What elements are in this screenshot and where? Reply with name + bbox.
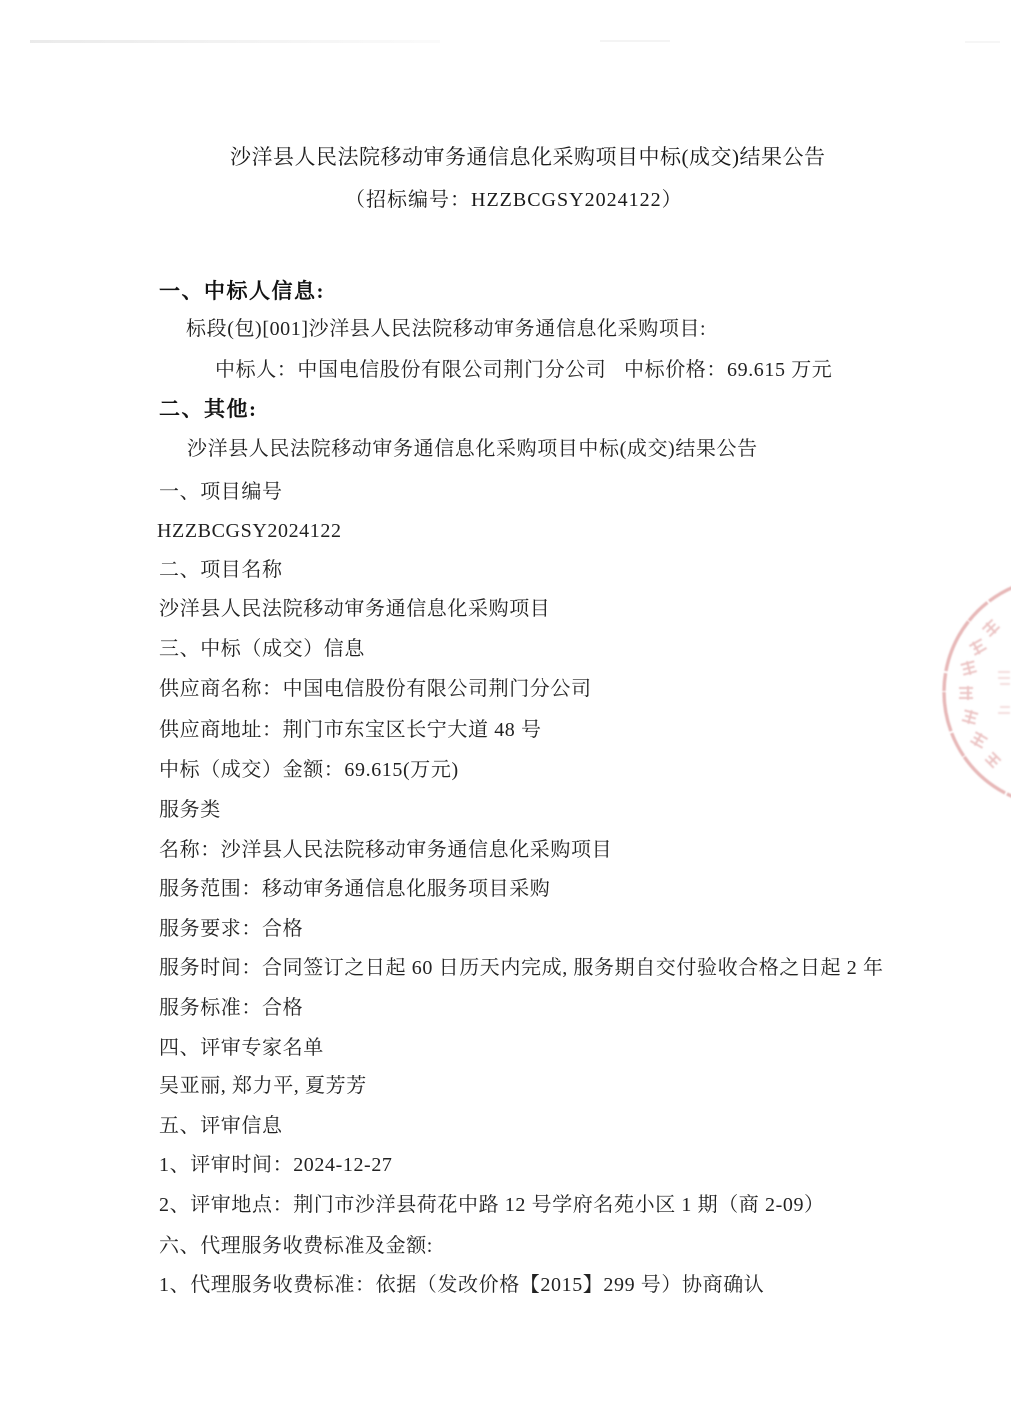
review-time: 1、评审时间：2024-12-27: [159, 1153, 393, 1177]
project-name: 沙洋县人民法院移动审务通信息化采购项目: [159, 597, 550, 621]
project-number: HZZBCGSY2024122: [157, 519, 342, 543]
review-info-heading: 五、评审信息: [159, 1114, 283, 1138]
supplier-address: 供应商地址：荆门市东宝区长宁大道 48 号: [159, 718, 542, 742]
announcement-title: 沙洋县人民法院移动审务通信息化采购项目中标(成交)结果公告: [187, 437, 758, 461]
award-info-heading: 三、中标（成交）信息: [159, 637, 365, 661]
winner-name: 中标人：中国电信股份有限公司荆门分公司: [215, 358, 606, 382]
service-standard: 服务标准：合格: [159, 996, 303, 1020]
project-name-heading: 二、项目名称: [159, 558, 283, 582]
experts-heading: 四、评审专家名单: [159, 1036, 324, 1060]
experts-list: 吴亚丽, 郑力平, 夏芳芳: [159, 1074, 367, 1098]
document-page: 沙洋县人民法院移动审务通信息化采购项目中标(成交)结果公告 （招标编号：HZZB…: [0, 0, 1011, 1428]
award-amount: 中标（成交）金额：69.615(万元): [159, 758, 459, 782]
agency-fee-standard: 1、代理服务收费标准：依据（发改价格【2015】299 号）协商确认: [159, 1273, 764, 1297]
winner-section-heading: 一、中标人信息:: [159, 279, 325, 303]
service-class: 服务类: [159, 798, 221, 822]
official-stamp: [928, 572, 1011, 816]
winner-price: 中标价格：69.615 万元: [624, 358, 832, 382]
service-requirement: 服务要求：合格: [159, 917, 303, 941]
project-number-heading: 一、项目编号: [159, 480, 283, 504]
service-time: 服务时间：合同签订之日起 60 日历天内完成, 服务期自交付验收合格之日起 2 …: [159, 956, 884, 980]
official-stamp-graphic: [928, 572, 1011, 816]
review-place: 2、评审地点：荆门市沙洋县荷花中路 12 号学府名苑小区 1 期（商 2-09）: [159, 1193, 825, 1217]
scan-artifact: [965, 41, 1000, 43]
other-section-heading: 二、其他:: [159, 397, 258, 421]
agency-fee-heading: 六、代理服务收费标准及金额:: [159, 1234, 433, 1258]
doc-title: 沙洋县人民法院移动审务通信息化采购项目中标(成交)结果公告: [230, 145, 825, 169]
scan-artifact: [600, 40, 670, 42]
lot-line: 标段(包)[001]沙洋县人民法院移动审务通信息化采购项目:: [186, 317, 706, 341]
supplier-name: 供应商名称：中国电信股份有限公司荆门分公司: [159, 677, 592, 701]
service-scope: 服务范围：移动审务通信息化服务项目采购: [159, 877, 550, 901]
scan-artifact: [30, 40, 440, 43]
tender-number: （招标编号：HZZBCGSY2024122）: [345, 188, 683, 212]
service-name: 名称：沙洋县人民法院移动审务通信息化采购项目: [159, 838, 612, 862]
